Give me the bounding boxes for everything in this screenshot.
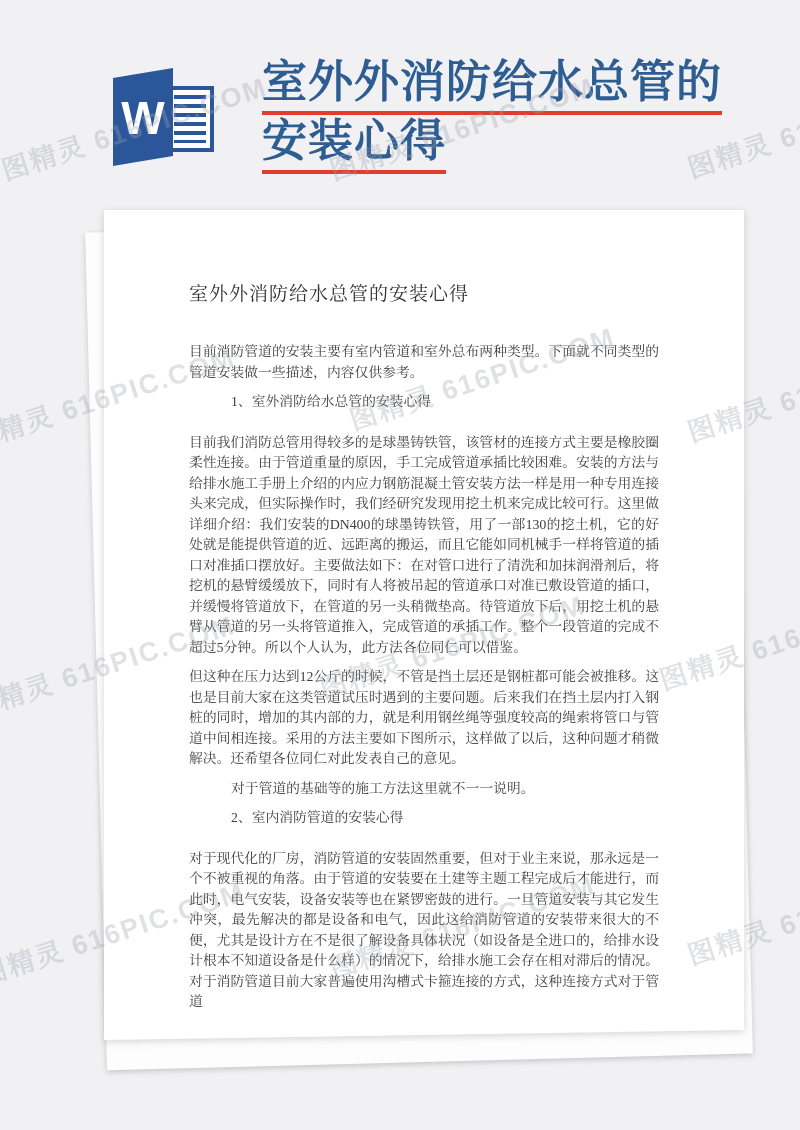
paragraph: 但这种在压力达到12公斤的时候，不管是挡土层还是钢桩都可能会被推移。这也是目前大… <box>189 667 659 770</box>
word-logo-icon: W <box>113 66 173 166</box>
document-title: 室外外消防给水总管的安装心得 <box>189 282 659 308</box>
paragraph: 1、室外消防给水总管的安装心得 <box>189 392 659 413</box>
page-canvas: W 室外外消防给水总管的 安装心得 室外外消防给水总管的安装心得 目前消防管道的… <box>0 0 800 1130</box>
document-page: 室外外消防给水总管的安装心得 目前消防管道的安装主要有室内管道和室外总布两种类型… <box>104 210 744 1040</box>
paragraph: 2、室内消防管道的安装心得 <box>189 808 659 829</box>
word-sheet-lines-icon <box>174 95 206 143</box>
paragraph: 对于管道的基础等的施工方法这里就不一一说明。 <box>189 779 659 800</box>
word-logo-letter: W <box>121 95 164 141</box>
word-icon: W <box>108 60 250 172</box>
paragraph: 目前消防管道的安装主要有室内管道和室外总布两种类型。下面就不同类型的管道安装做一… <box>189 342 659 383</box>
page-title-line-1: 室外外消防给水总管的 <box>262 56 732 115</box>
paragraph: 对于现代化的厂房，消防管道的安装固然重要，但对于业主来说，那永远是一个不被重视的… <box>189 849 659 1013</box>
header: W 室外外消防给水总管的 安装心得 <box>0 0 800 200</box>
page-title: 室外外消防给水总管的 安装心得 <box>262 56 732 174</box>
document-content: 室外外消防给水总管的安装心得 目前消防管道的安装主要有室内管道和室外总布两种类型… <box>104 210 744 1022</box>
page-title-line-2: 安装心得 <box>262 115 732 174</box>
paragraph: 目前我们消防总管用得较多的是球墨铸铁管，该管材的连接方式主要是橡胶圈柔性连接。由… <box>189 433 659 659</box>
word-document-sheet-icon <box>166 86 214 152</box>
document-body: 目前消防管道的安装主要有室内管道和室外总布两种类型。下面就不同类型的管道安装做一… <box>189 342 659 1013</box>
